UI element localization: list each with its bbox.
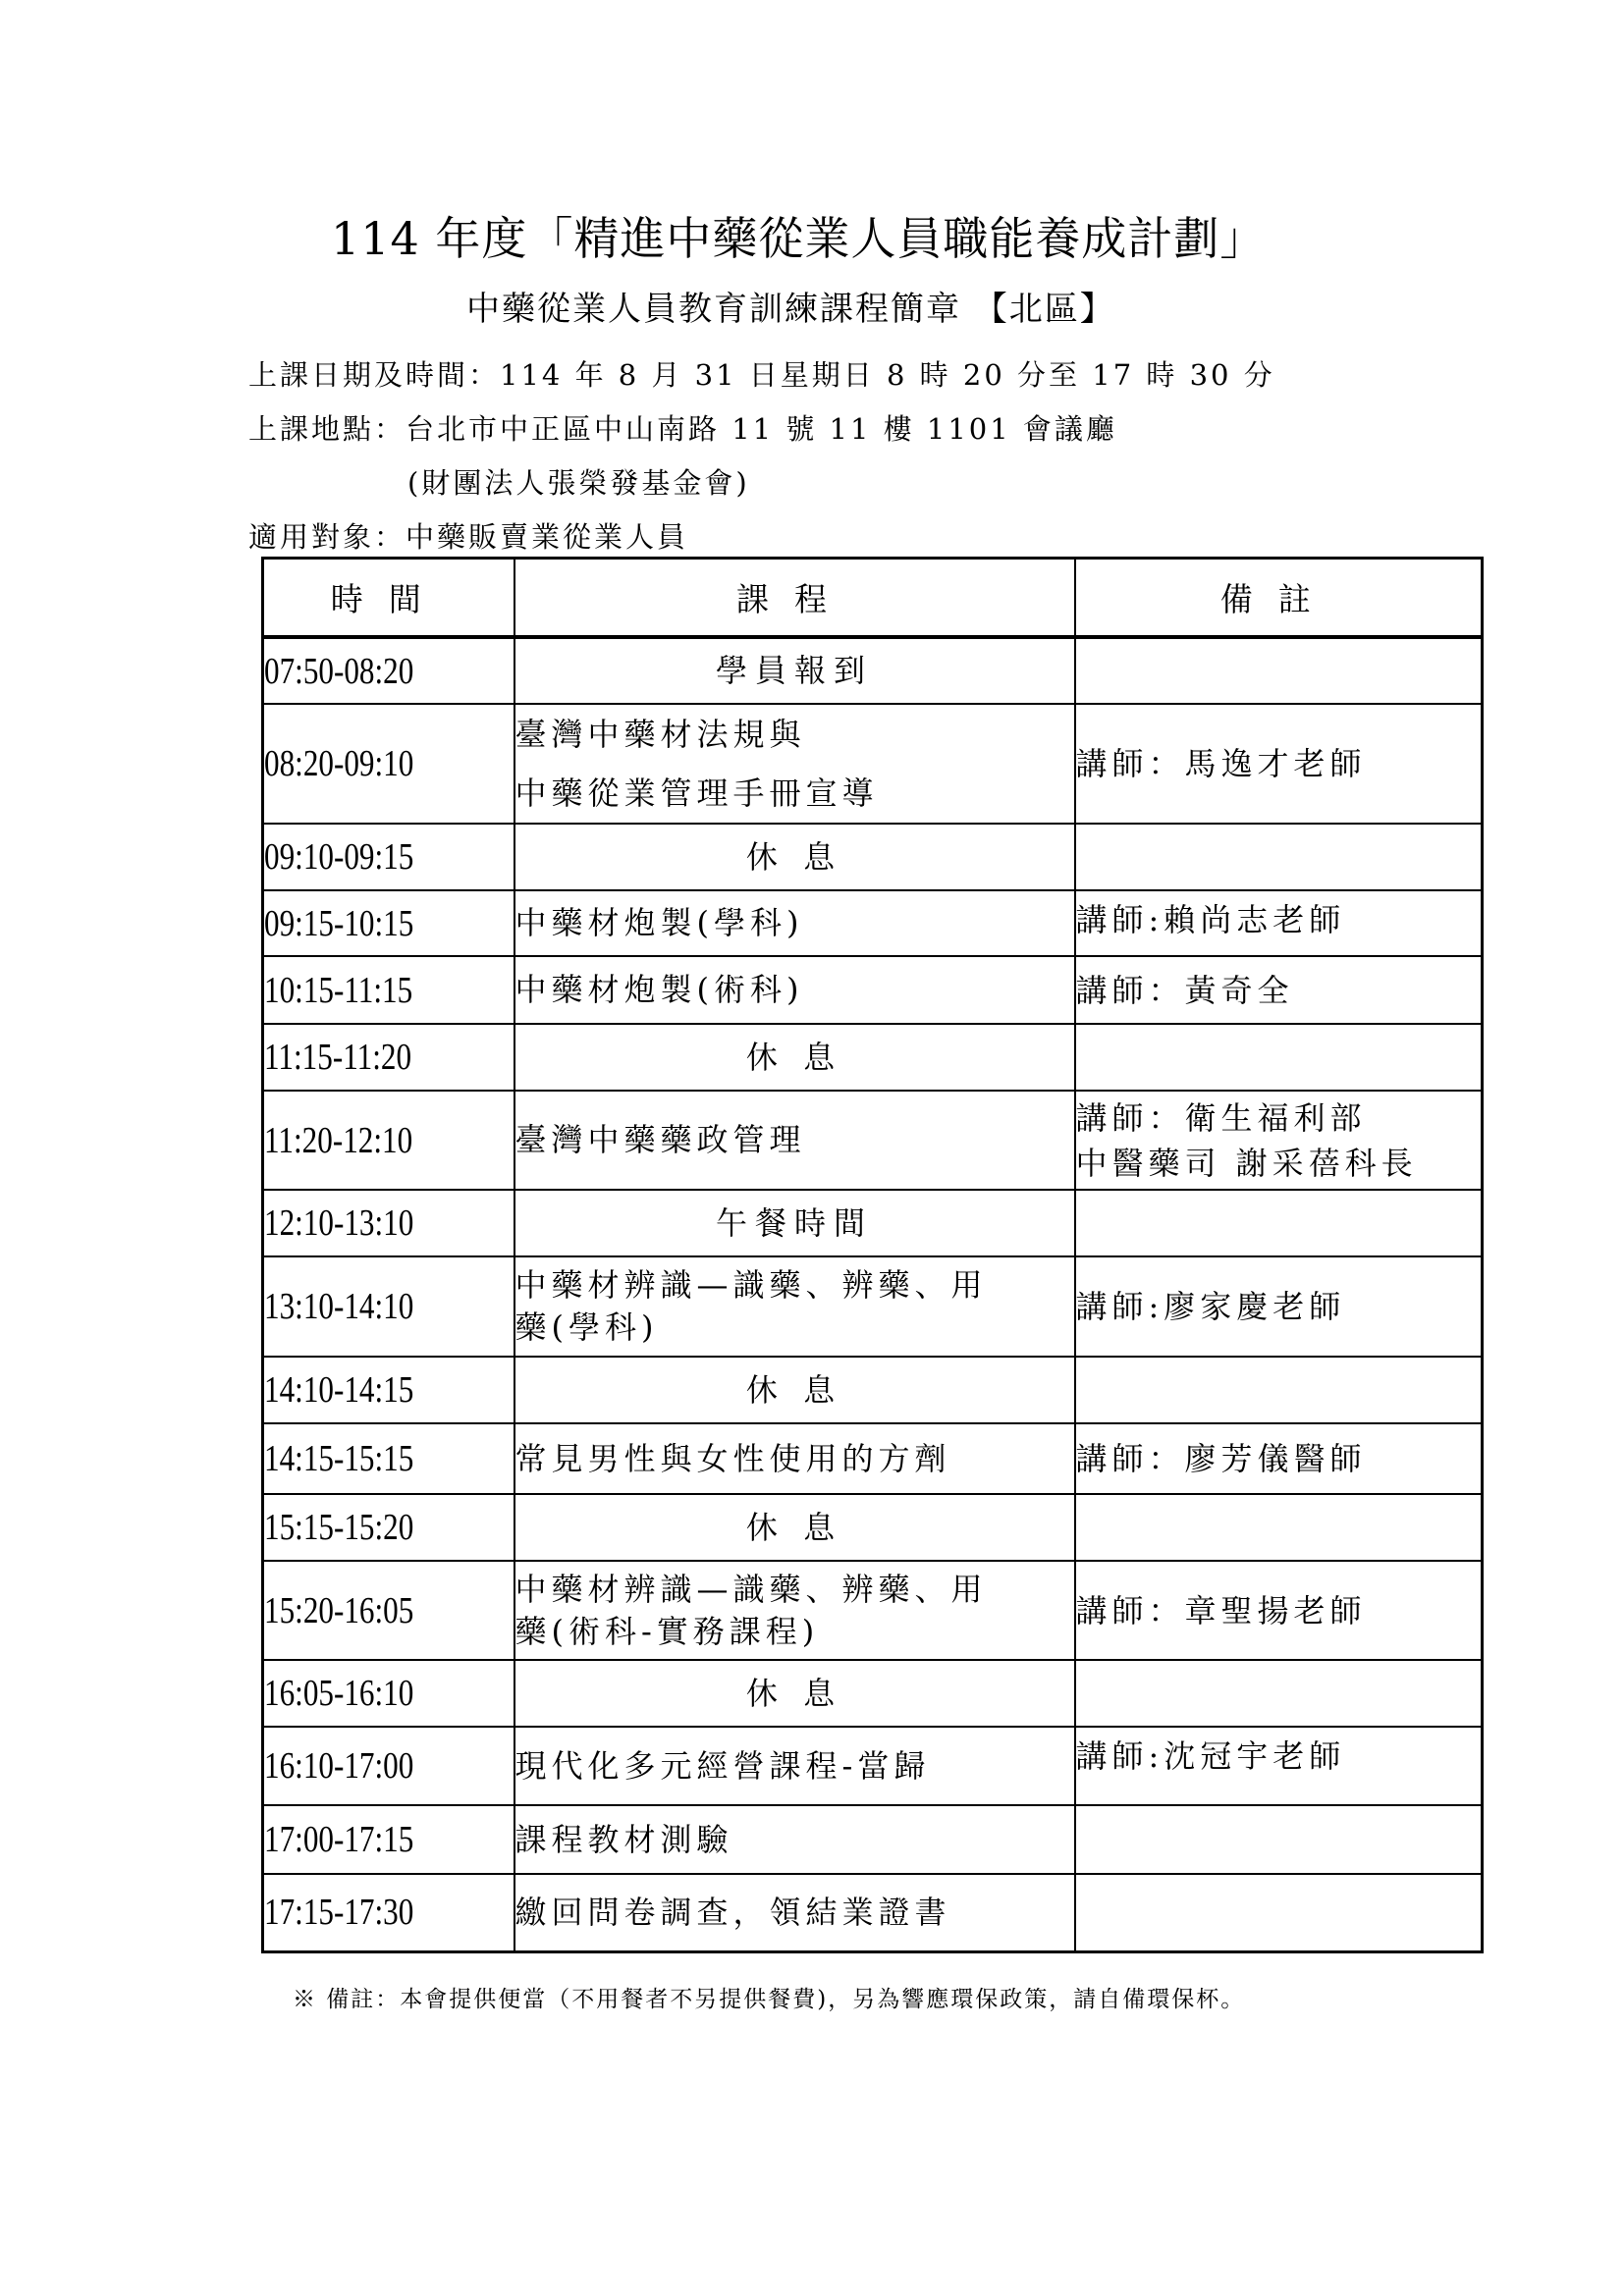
time-cell: 11:20-12:10 — [263, 1091, 514, 1190]
time-cell: 09:15-10:15 — [263, 890, 514, 956]
course-line: 休 息 — [515, 836, 1074, 879]
class-date-time: 上課日期及時間：114 年 8 月 31 日星期日 8 時 20 分至 17 時… — [248, 357, 1275, 393]
time-text: 17:00-17:15 — [264, 1818, 413, 1861]
course-line: 休 息 — [515, 1507, 1074, 1549]
instructor-line: 中醫藥司 謝采蓓科長 — [1076, 1141, 1482, 1186]
target-audience: 適用對象：中藥販賣業從業人員 — [248, 519, 688, 555]
course-line: 課程教材測驗 — [515, 1819, 1074, 1861]
time-text: 13:10-14:10 — [264, 1285, 413, 1328]
table-row: 11:15-11:20休 息 — [263, 1024, 1483, 1091]
course-line: 臺灣中藥藥政管理 — [515, 1119, 1074, 1161]
course-line: 臺灣中藥材法規與 — [515, 705, 1074, 764]
remarks-cell: 講師：馬逸才老師 — [1075, 704, 1483, 824]
time-text: 08:20-09:10 — [264, 742, 413, 785]
table-row: 09:15-10:15中藥材炮製(學科)講師:賴尚志老師 — [263, 890, 1483, 956]
course-line: 休 息 — [515, 1369, 1074, 1412]
remarks-cell — [1075, 637, 1483, 704]
instructor-line: 講師：廖芳儀醫師 — [1076, 1436, 1482, 1481]
course-line: 中藥材炮製(術科) — [515, 969, 1074, 1011]
course-cell: 午餐時間 — [514, 1190, 1075, 1256]
table-row: 08:20-09:10臺灣中藥材法規與中藥從業管理手冊宣導講師：馬逸才老師 — [263, 704, 1483, 824]
time-cell: 09:10-09:15 — [263, 824, 514, 890]
table-row: 12:10-13:10午餐時間 — [263, 1190, 1483, 1256]
header-remarks: 備註 — [1075, 559, 1483, 638]
time-text: 07:50-08:20 — [264, 650, 413, 693]
remarks-cell: 講師:沈冠宇老師 — [1075, 1727, 1483, 1805]
remarks-cell — [1075, 1190, 1483, 1256]
time-cell: 10:15-11:15 — [263, 956, 514, 1024]
course-cell: 中藥材辨識—識藥、辨藥、用藥(學科) — [514, 1256, 1075, 1357]
course-cell: 現代化多元經營課程-當歸 — [514, 1727, 1075, 1805]
time-text: 16:05-16:10 — [264, 1672, 413, 1715]
remarks-cell — [1075, 824, 1483, 890]
remarks-cell: 講師：黃奇全 — [1075, 956, 1483, 1024]
remarks-cell: 講師：衛生福利部中醫藥司 謝采蓓科長 — [1075, 1091, 1483, 1190]
course-line: 繳回問卷調查，領結業證書 — [515, 1892, 1074, 1934]
instructor-line: 講師：章聖揚老師 — [1076, 1588, 1482, 1633]
header-course: 課程 — [514, 559, 1075, 638]
course-line: 中藥從業管理手冊宣導 — [515, 764, 1074, 823]
course-cell: 學員報到 — [514, 637, 1075, 704]
time-text: 15:20-16:05 — [264, 1589, 413, 1632]
course-line: 休 息 — [515, 1037, 1074, 1079]
course-cell: 休 息 — [514, 1494, 1075, 1561]
course-cell: 休 息 — [514, 1357, 1075, 1423]
instructor-line: 講師:賴尚志老師 — [1076, 897, 1482, 942]
table-row: 11:20-12:10臺灣中藥藥政管理講師：衛生福利部中醫藥司 謝采蓓科長 — [263, 1091, 1483, 1190]
course-cell: 常見男性與女性使用的方劑 — [514, 1423, 1075, 1494]
document-title: 114 年度「精進中藥從業人員職能養成計劃」 — [331, 211, 1266, 266]
remarks-cell: 講師：章聖揚老師 — [1075, 1561, 1483, 1660]
course-line: 中藥材炮製(學科) — [515, 902, 1074, 944]
time-cell: 17:15-17:30 — [263, 1874, 514, 1951]
instructor-line: 講師：衛生福利部 — [1076, 1095, 1482, 1141]
time-cell: 14:15-15:15 — [263, 1423, 514, 1494]
course-line: 學員報到 — [515, 650, 1074, 692]
remarks-cell: 講師：廖芳儀醫師 — [1075, 1423, 1483, 1494]
remarks-cell: 講師:賴尚志老師 — [1075, 890, 1483, 956]
remarks-cell: 講師:廖家慶老師 — [1075, 1256, 1483, 1357]
table-row: 16:10-17:00現代化多元經營課程-當歸講師:沈冠宇老師 — [263, 1727, 1483, 1805]
instructor-line: 講師:沈冠宇老師 — [1076, 1734, 1482, 1779]
course-line: 藥(學科) — [515, 1307, 1074, 1349]
course-cell: 臺灣中藥材法規與中藥從業管理手冊宣導 — [514, 704, 1075, 824]
course-line: 休 息 — [515, 1673, 1074, 1715]
time-cell: 07:50-08:20 — [263, 637, 514, 704]
table-row: 07:50-08:20學員報到 — [263, 637, 1483, 704]
remarks-cell — [1075, 1805, 1483, 1874]
course-line: 藥(術科-實務課程) — [515, 1611, 1074, 1653]
time-text: 10:15-11:15 — [264, 969, 412, 1012]
time-cell: 13:10-14:10 — [263, 1256, 514, 1357]
remarks-cell — [1075, 1357, 1483, 1423]
time-text: 17:15-17:30 — [264, 1891, 413, 1934]
remarks-cell — [1075, 1494, 1483, 1561]
instructor-line: 講師:廖家慶老師 — [1076, 1284, 1482, 1329]
remarks-cell — [1075, 1024, 1483, 1091]
time-text: 09:10-09:15 — [264, 835, 413, 879]
table-row: 16:05-16:10休 息 — [263, 1660, 1483, 1727]
class-location: 上課地點：台北市中正區中山南路 11 號 11 樓 1101 會議廳 — [248, 411, 1117, 447]
time-text: 12:10-13:10 — [264, 1201, 413, 1245]
course-cell: 休 息 — [514, 1024, 1075, 1091]
document-subtitle: 中藥從業人員教育訓練課程簡章 【北區】 — [466, 288, 1115, 331]
time-cell: 17:00-17:15 — [263, 1805, 514, 1874]
table-header-row: 時間 課程 備註 — [263, 559, 1483, 638]
table-row: 15:20-16:05中藥材辨識—識藥、辨藥、用藥(術科-實務課程)講師：章聖揚… — [263, 1561, 1483, 1660]
time-cell: 08:20-09:10 — [263, 704, 514, 824]
class-location-organization: (財團法人張榮發基金會) — [407, 465, 750, 501]
time-cell: 14:10-14:15 — [263, 1357, 514, 1423]
time-cell: 15:15-15:20 — [263, 1494, 514, 1561]
course-cell: 中藥材炮製(學科) — [514, 890, 1075, 956]
schedule-body: 07:50-08:20學員報到08:20-09:10臺灣中藥材法規與中藥從業管理… — [263, 637, 1483, 1951]
course-cell: 中藥材辨識—識藥、辨藥、用藥(術科-實務課程) — [514, 1561, 1075, 1660]
time-text: 14:15-15:15 — [264, 1437, 413, 1480]
course-line: 午餐時間 — [515, 1202, 1074, 1245]
course-cell: 課程教材測驗 — [514, 1805, 1075, 1874]
instructor-line: 講師：黃奇全 — [1076, 968, 1482, 1013]
course-line: 中藥材辨識—識藥、辨藥、用 — [515, 1264, 1074, 1307]
course-cell: 休 息 — [514, 1660, 1075, 1727]
time-text: 11:15-11:20 — [264, 1036, 411, 1079]
time-text: 16:10-17:00 — [264, 1744, 413, 1788]
table-row: 09:10-09:15休 息 — [263, 824, 1483, 890]
table-row: 17:00-17:15課程教材測驗 — [263, 1805, 1483, 1874]
time-cell: 16:10-17:00 — [263, 1727, 514, 1805]
table-row: 15:15-15:20休 息 — [263, 1494, 1483, 1561]
header-time: 時間 — [263, 559, 514, 638]
schedule-table: 時間 課程 備註 07:50-08:20學員報到08:20-09:10臺灣中藥材… — [261, 557, 1484, 1953]
time-cell: 11:15-11:20 — [263, 1024, 514, 1091]
course-line: 現代化多元經營課程-當歸 — [515, 1745, 1074, 1788]
remarks-cell — [1075, 1660, 1483, 1727]
course-line: 中藥材辨識—識藥、辨藥、用 — [515, 1569, 1074, 1611]
course-cell: 臺灣中藥藥政管理 — [514, 1091, 1075, 1190]
table-row: 13:10-14:10中藥材辨識—識藥、辨藥、用藥(學科)講師:廖家慶老師 — [263, 1256, 1483, 1357]
time-cell: 16:05-16:10 — [263, 1660, 514, 1727]
time-text: 11:20-12:10 — [264, 1119, 412, 1162]
table-row: 14:15-15:15常見男性與女性使用的方劑講師：廖芳儀醫師 — [263, 1423, 1483, 1494]
time-text: 15:15-15:20 — [264, 1506, 413, 1549]
course-line: 常見男性與女性使用的方劑 — [515, 1438, 1074, 1480]
remarks-cell — [1075, 1874, 1483, 1951]
course-cell: 休 息 — [514, 824, 1075, 890]
instructor-line: 講師：馬逸才老師 — [1076, 741, 1482, 786]
time-text: 09:15-10:15 — [264, 902, 413, 945]
time-text: 14:10-14:15 — [264, 1368, 413, 1412]
time-cell: 12:10-13:10 — [263, 1190, 514, 1256]
course-cell: 中藥材炮製(術科) — [514, 956, 1075, 1024]
time-cell: 15:20-16:05 — [263, 1561, 514, 1660]
table-row: 10:15-11:15中藥材炮製(術科)講師：黃奇全 — [263, 956, 1483, 1024]
course-cell: 繳回問卷調查，領結業證書 — [514, 1874, 1075, 1951]
footnote: ※ 備註：本會提供便當（不用餐者不另提供餐費)，另為響應環保政策，請自備環保杯。 — [293, 1985, 1245, 2014]
table-row: 14:10-14:15休 息 — [263, 1357, 1483, 1423]
table-row: 17:15-17:30繳回問卷調查，領結業證書 — [263, 1874, 1483, 1951]
